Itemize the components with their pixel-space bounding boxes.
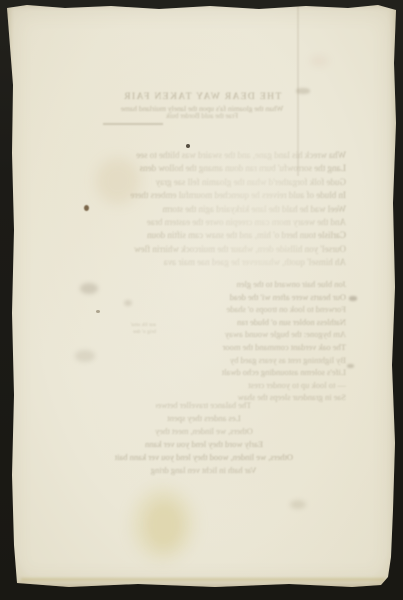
showthrough-line: Gude folk forgather'd whan the gloamin f… [110, 176, 346, 189]
showthrough-line: Ah himsel' quoth, whaurever he gaed nae … [108, 256, 346, 269]
showthrough-subtitle-2: Frae the auld Border buik [7, 112, 397, 120]
showthrough-line: Forwend to look on troops o' shade [203, 303, 346, 316]
showthrough-margin-note: aur lik sma'brig o' dee [110, 322, 156, 336]
showthrough-stanza-1: Wha wreck his land gane, and the swaird … [86, 149, 346, 270]
showthrough-note-line: brig o' dee [110, 329, 156, 336]
showthrough-line: Oursel' yon hillside dern, whaur the mui… [118, 243, 346, 256]
showthrough-line: Jon blue hair onward to the glen [204, 278, 346, 291]
showthrough-rule [103, 123, 163, 125]
showthrough-note-line: aur lik sma' [110, 322, 156, 329]
showthrough-line: Wha wreck his land gane, and the swaird … [96, 149, 346, 162]
showthrough-stanza-2: Jon blue hair onward to the glenOur hear… [196, 278, 346, 404]
showthrough-line: Life's solemn astounding echo dwalt [206, 366, 346, 379]
showthrough-line: In blude of auld reivers he quenched mou… [96, 189, 346, 202]
showthrough-line: Others, we linden, meet they [150, 425, 258, 438]
showthrough-line: Var hath in licht ven lang dringen. [152, 464, 257, 477]
showthrough-line: — to look up to yonder crest [216, 379, 346, 392]
showthrough-line: Carlisle toun herd o' him, and the snaw … [96, 229, 346, 242]
showthrough-title: THE DEAR WAY TAKEN FAIR [7, 92, 397, 102]
showthrough-line: Lang the sorrowfu' burn ran doun amang t… [100, 162, 346, 175]
showthrough-line: Nathless nobler sun o' blude ran [201, 316, 346, 329]
showthrough-line: Others, we linden, wood they lend you ve… [115, 451, 293, 464]
showthrough-line: The oak verdant command the moor [206, 341, 346, 354]
showthrough-line: By lightning rent as years gaed by [209, 354, 346, 367]
showthrough-layer: THE DEAR WAY TAKEN FAIR Whan the gloamin… [7, 5, 397, 587]
showthrough-line: Am bygone: the bugle wound away [206, 328, 346, 341]
showthrough-line: Our hearts were aften wi' the dead [206, 291, 346, 304]
scanned-page: THE DEAR WAY TAKEN FAIR Whan the gloamin… [0, 0, 403, 600]
showthrough-line: Weel wad he hald the lane kirkyaird agin… [104, 203, 346, 216]
showthrough-line: And the weary morn cam creepin owre the … [114, 216, 346, 229]
showthrough-stanza-3: The balance traveller between,Les anders… [94, 399, 314, 477]
showthrough-line: The balance traveller between, [157, 399, 252, 412]
showthrough-line: Les anders they spent [165, 412, 243, 425]
showthrough-line: Early word they lend you ver kann [140, 438, 268, 451]
